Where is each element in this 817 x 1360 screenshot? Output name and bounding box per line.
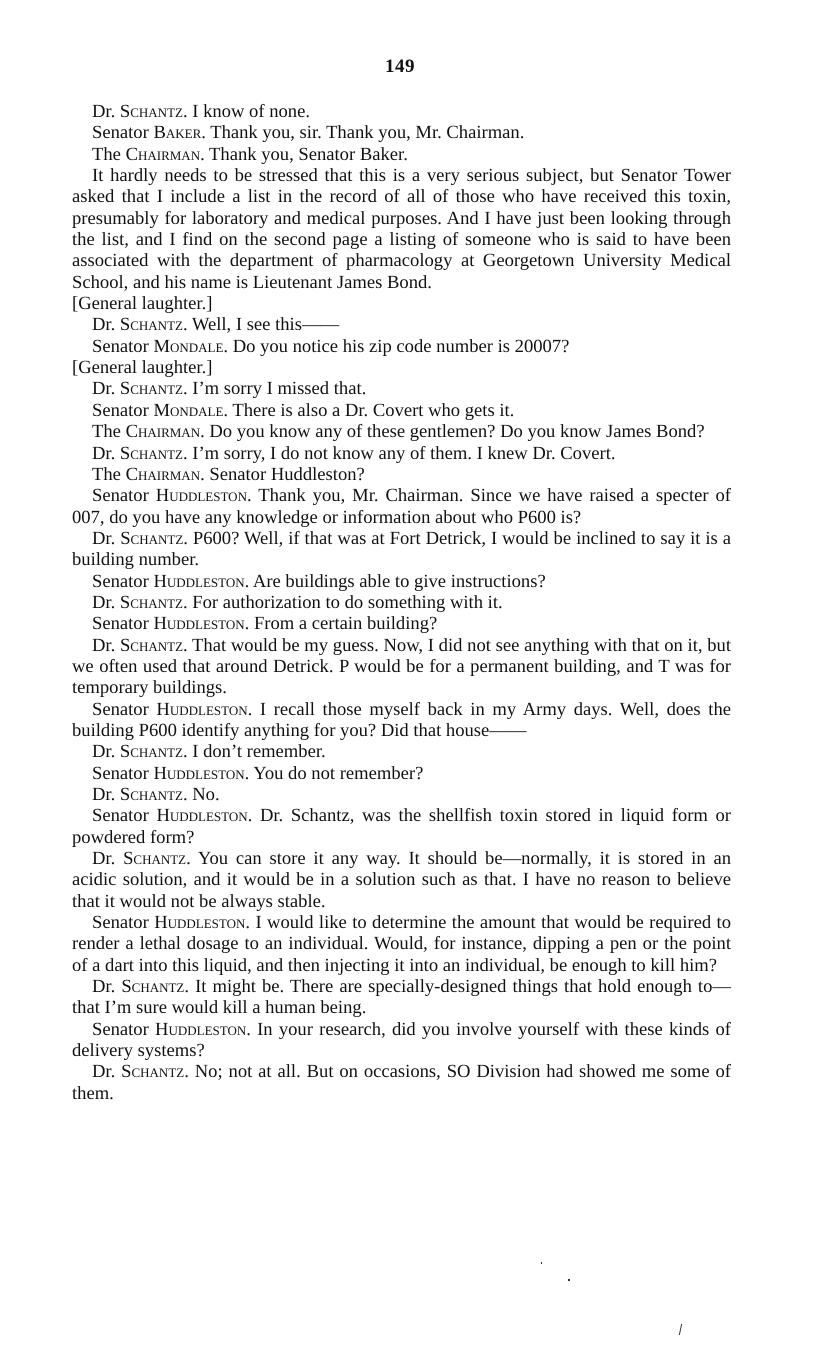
statement-text: . Thank you, sir. Thank you, Mr. Chairma… — [201, 122, 524, 143]
statement-text: . I’m sorry I missed that. — [183, 378, 366, 399]
transcript-paragraph: Senator Huddleston. Dr. Schantz, was the… — [72, 805, 731, 848]
transcript-paragraph: Dr. Schantz. It might be. There are spec… — [72, 976, 731, 1019]
transcript-paragraph: Senator Huddleston. From a certain build… — [72, 613, 731, 634]
transcript-paragraph: The Chairman. Do you know any of these g… — [72, 421, 731, 442]
speaker-name: Baker — [153, 122, 201, 143]
speaker-title: Senator — [92, 400, 153, 421]
speaker-name: Schantz — [121, 1061, 184, 1082]
speaker-title: The — [92, 421, 126, 442]
transcript-paragraph: Dr. Schantz. That would be my guess. Now… — [72, 635, 731, 699]
statement-text: It hardly needs to be stressed that this… — [72, 165, 731, 293]
speaker-name: Schantz — [120, 528, 183, 549]
transcript-paragraph: The Chairman. Thank you, Senator Baker. — [72, 144, 731, 165]
speaker-title: Dr. — [92, 592, 120, 613]
speaker-name: Schantz — [123, 848, 186, 869]
transcript-paragraph: It hardly needs to be stressed that this… — [72, 165, 731, 293]
transcript-paragraph: Senator Huddleston. In your research, di… — [72, 1019, 731, 1062]
speaker-title: Senator — [92, 122, 153, 143]
speaker-name: Huddleston — [153, 571, 244, 592]
transcript-paragraph: Dr. Schantz. No; not at all. But on occa… — [72, 1061, 731, 1104]
stage-direction: [General laughter.] — [72, 293, 731, 314]
speaker-name: Huddleston — [156, 805, 247, 826]
speaker-name: Huddleston — [153, 613, 244, 634]
transcript-paragraph: Dr. Schantz. I’m sorry, I do not know an… — [72, 443, 731, 464]
scan-speck — [679, 1324, 682, 1335]
speaker-title: Senator — [92, 336, 153, 357]
speaker-title: Senator — [92, 571, 153, 592]
speaker-name: Schantz — [120, 592, 183, 613]
speaker-title: Dr. — [92, 635, 120, 656]
speaker-name: Schantz — [120, 741, 183, 762]
stage-direction: [General laughter.] — [72, 357, 731, 378]
speaker-name: Chairman — [126, 421, 201, 442]
speaker-title: Dr. — [92, 443, 120, 464]
statement-text: . Are buildings able to give instruction… — [245, 571, 546, 592]
speaker-name: Chairman — [126, 144, 201, 165]
speaker-name: Schantz — [120, 443, 183, 464]
page-number: 149 — [0, 56, 800, 78]
transcript-paragraph: Senator Huddleston. Are buildings able t… — [72, 571, 731, 592]
statement-text: . There is also a Dr. Covert who gets it… — [223, 400, 514, 421]
statement-text: . I know of none. — [183, 101, 310, 122]
speaker-name: Schantz — [120, 784, 183, 805]
speaker-name: Huddleston — [155, 1019, 246, 1040]
transcript-paragraph: Senator Mondale. There is also a Dr. Cov… — [72, 400, 731, 421]
transcript-paragraph: Senator Baker. Thank you, sir. Thank you… — [72, 122, 731, 143]
statement-text: . Senator Huddleston? — [200, 464, 365, 485]
speaker-title: Dr. — [92, 976, 121, 997]
transcript-paragraph: Dr. Schantz. Well, I see this—— — [72, 314, 731, 335]
speaker-name: Huddleston — [153, 763, 244, 784]
speaker-title: Dr. — [92, 101, 120, 122]
transcript-paragraph: Dr. Schantz. You can store it any way. I… — [72, 848, 731, 912]
speaker-title: Dr. — [92, 528, 120, 549]
statement-text: . I’m sorry, I do not know any of them. … — [183, 443, 616, 464]
speaker-title: Dr. — [92, 314, 120, 335]
scan-speck — [568, 1279, 570, 1281]
transcript-paragraph: Senator Mondale. Do you notice his zip c… — [72, 336, 731, 357]
transcript-paragraph: Dr. Schantz. I don’t remember. — [72, 741, 731, 762]
transcript-paragraph: Senator Huddleston. You do not remember? — [72, 763, 731, 784]
speaker-title: Dr. — [92, 378, 120, 399]
transcript-paragraph: Dr. Schantz. No. — [72, 784, 731, 805]
speaker-name: Chairman — [126, 464, 201, 485]
transcript-paragraph: Dr. Schantz. P600? Well, if that was at … — [72, 528, 731, 571]
speaker-title: Senator — [92, 613, 153, 634]
statement-text: . Well, I see this—— — [183, 314, 339, 335]
speaker-title: Senator — [92, 805, 156, 826]
statement-text: [General laughter.] — [72, 357, 212, 378]
speaker-title: The — [92, 144, 126, 165]
speaker-title: Dr. — [92, 784, 120, 805]
transcript-paragraph: Senator Huddleston. Thank you, Mr. Chair… — [72, 485, 731, 528]
speaker-name: Huddleston — [154, 912, 245, 933]
transcript-paragraph: Senator Huddleston. I would like to dete… — [72, 912, 731, 976]
transcript-paragraph: Dr. Schantz. I know of none. — [72, 101, 731, 122]
speaker-title: Dr. — [92, 741, 120, 762]
transcript-paragraph: Dr. Schantz. For authorization to do som… — [72, 592, 731, 613]
speaker-name: Huddleston — [156, 485, 247, 506]
speaker-title: The — [92, 464, 126, 485]
transcript-paragraph: The Chairman. Senator Huddleston? — [72, 464, 731, 485]
speaker-title: Senator — [92, 699, 156, 720]
transcript-paragraph: Dr. Schantz. I’m sorry I missed that. — [72, 378, 731, 399]
speaker-title: Dr. — [92, 848, 123, 869]
speaker-name: Schantz — [120, 635, 183, 656]
speaker-name: Schantz — [120, 101, 183, 122]
speaker-title: Senator — [92, 912, 154, 933]
speaker-name: Mondale — [153, 400, 223, 421]
statement-text: [General laughter.] — [72, 293, 212, 314]
hearing-transcript: Dr. Schantz. I know of none. Senator Bak… — [72, 101, 731, 1104]
statement-text: . From a certain building? — [245, 613, 438, 634]
transcript-paragraph: Senator Huddleston. I recall those mysel… — [72, 699, 731, 742]
speaker-name: Mondale — [153, 336, 223, 357]
statement-text: . Do you know any of these gentlemen? Do… — [200, 421, 705, 442]
speaker-title: Senator — [92, 1019, 155, 1040]
statement-text: . You do not remember? — [245, 763, 424, 784]
speaker-name: Schantz — [120, 378, 183, 399]
speaker-title: Senator — [92, 763, 153, 784]
speaker-name: Huddleston — [156, 699, 247, 720]
scan-speck — [541, 1262, 542, 1264]
statement-text: . I don’t remember. — [183, 741, 326, 762]
speaker-name: Schantz — [121, 976, 184, 997]
speaker-title: Dr. — [92, 1061, 121, 1082]
speaker-name: Schantz — [120, 314, 183, 335]
statement-text: . Thank you, Senator Baker. — [200, 144, 408, 165]
statement-text: . For authorization to do something with… — [183, 592, 503, 613]
statement-text: . Do you notice his zip code number is 2… — [223, 336, 569, 357]
speaker-title: Senator — [92, 485, 156, 506]
statement-text: . No. — [183, 784, 220, 805]
